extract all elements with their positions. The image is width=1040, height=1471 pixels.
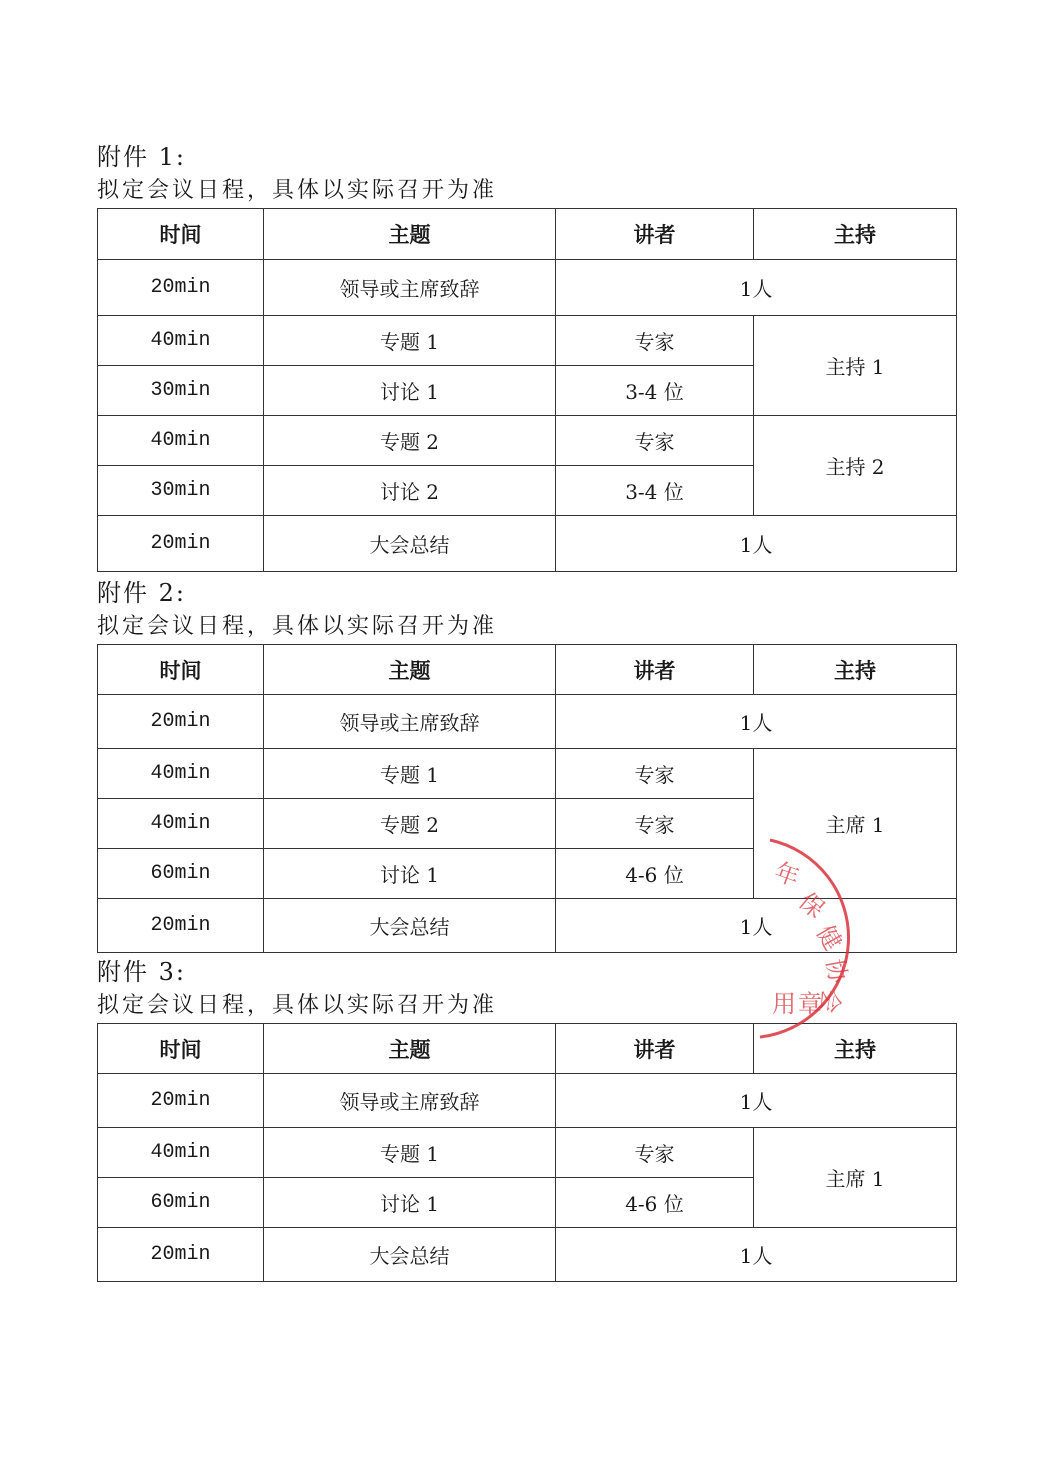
table-row: 40min 专题 1 专家 主席 1 xyxy=(98,1128,957,1178)
table-row: 20min 领导或主席致辞 1人 xyxy=(98,695,957,749)
cell-speaker: 专家 xyxy=(556,799,754,849)
schedule-table: 时间 主题 讲者 主持 20min 领导或主席致辞 1人 40min 专题 1 … xyxy=(97,208,957,572)
cell-time: 60min xyxy=(98,1178,264,1228)
attachment-subtitle: 拟定会议日程，具体以实际召开为准 xyxy=(97,610,957,644)
header-speaker: 讲者 xyxy=(556,209,754,260)
attachment-subtitle: 拟定会议日程，具体以实际召开为准 xyxy=(97,989,957,1023)
cell-speaker: 3-4 位 xyxy=(556,366,754,416)
cell-host: 主席 1 xyxy=(754,1128,957,1228)
header-topic: 主题 xyxy=(264,645,556,695)
schedule-table: 时间 主题 讲者 主持 20min 领导或主席致辞 1人 40min 专题 1 … xyxy=(97,644,957,953)
cell-time: 40min xyxy=(98,749,264,799)
table-header-row: 时间 主题 讲者 主持 xyxy=(98,645,957,695)
header-time: 时间 xyxy=(98,1024,264,1074)
header-time: 时间 xyxy=(98,645,264,695)
cell-topic: 大会总结 xyxy=(264,516,556,572)
cell-host: 主持 2 xyxy=(754,416,957,516)
cell-topic: 领导或主席致辞 xyxy=(264,1074,556,1128)
cell-speaker: 专家 xyxy=(556,1128,754,1178)
cell-topic: 专题 1 xyxy=(264,1128,556,1178)
table-row: 20min 领导或主席致辞 1人 xyxy=(98,260,957,316)
cell-time: 40min xyxy=(98,799,264,849)
cell-time: 30min xyxy=(98,466,264,516)
cell-topic: 大会总结 xyxy=(264,899,556,953)
table-row: 20min 大会总结 1人 xyxy=(98,516,957,572)
cell-topic: 专题 1 xyxy=(264,316,556,366)
cell-host: 主席 1 xyxy=(754,749,957,899)
cell-host: 主持 1 xyxy=(754,316,957,416)
cell-speaker: 1人 xyxy=(556,516,957,572)
attachment-1: 附件 1: 拟定会议日程，具体以实际召开为准 时间 主题 讲者 主持 20min… xyxy=(97,140,957,572)
cell-speaker: 1人 xyxy=(556,1074,957,1128)
cell-topic: 领导或主席致辞 xyxy=(264,695,556,749)
table-row: 20min 大会总结 1人 xyxy=(98,899,957,953)
header-topic: 主题 xyxy=(264,209,556,260)
attachment-2: 附件 2: 拟定会议日程，具体以实际召开为准 时间 主题 讲者 主持 20min… xyxy=(97,576,957,953)
cell-topic: 讨论 2 xyxy=(264,466,556,516)
cell-topic: 讨论 1 xyxy=(264,1178,556,1228)
table-row: 40min 专题 2 专家 主持 2 xyxy=(98,416,957,466)
attachment-subtitle: 拟定会议日程，具体以实际召开为准 xyxy=(97,174,957,208)
cell-topic: 专题 1 xyxy=(264,749,556,799)
cell-speaker: 1人 xyxy=(556,695,957,749)
cell-speaker: 1人 xyxy=(556,1228,957,1282)
cell-time: 40min xyxy=(98,1128,264,1178)
cell-time: 20min xyxy=(98,516,264,572)
table-header-row: 时间 主题 讲者 主持 xyxy=(98,209,957,260)
table-row: 20min 大会总结 1人 xyxy=(98,1228,957,1282)
schedule-table: 时间 主题 讲者 主持 20min 领导或主席致辞 1人 40min 专题 1 … xyxy=(97,1023,957,1282)
cell-speaker: 1人 xyxy=(556,260,957,316)
cell-topic: 专题 2 xyxy=(264,416,556,466)
header-host: 主持 xyxy=(754,645,957,695)
cell-time: 20min xyxy=(98,695,264,749)
cell-time: 30min xyxy=(98,366,264,416)
cell-topic: 讨论 1 xyxy=(264,849,556,899)
cell-topic: 讨论 1 xyxy=(264,366,556,416)
cell-topic: 领导或主席致辞 xyxy=(264,260,556,316)
attachment-3: 附件 3: 拟定会议日程，具体以实际召开为准 时间 主题 讲者 主持 20min… xyxy=(97,955,957,1282)
cell-speaker: 专家 xyxy=(556,416,754,466)
header-host: 主持 xyxy=(754,209,957,260)
table-row: 40min 专题 1 专家 主席 1 xyxy=(98,749,957,799)
cell-time: 20min xyxy=(98,1074,264,1128)
cell-speaker: 专家 xyxy=(556,749,754,799)
cell-time: 60min xyxy=(98,849,264,899)
attachment-title: 附件 3: xyxy=(97,955,957,989)
cell-time: 20min xyxy=(98,1228,264,1282)
cell-speaker: 专家 xyxy=(556,316,754,366)
header-time: 时间 xyxy=(98,209,264,260)
header-host: 主持 xyxy=(754,1024,957,1074)
header-topic: 主题 xyxy=(264,1024,556,1074)
cell-time: 40min xyxy=(98,316,264,366)
cell-time: 20min xyxy=(98,899,264,953)
cell-topic: 专题 2 xyxy=(264,799,556,849)
attachment-title: 附件 1: xyxy=(97,140,957,174)
cell-speaker: 4-6 位 xyxy=(556,849,754,899)
table-header-row: 时间 主题 讲者 主持 xyxy=(98,1024,957,1074)
cell-speaker: 3-4 位 xyxy=(556,466,754,516)
table-row: 40min 专题 1 专家 主持 1 xyxy=(98,316,957,366)
cell-speaker: 1人 xyxy=(556,899,957,953)
cell-time: 40min xyxy=(98,416,264,466)
header-speaker: 讲者 xyxy=(556,1024,754,1074)
attachment-title: 附件 2: xyxy=(97,576,957,610)
cell-topic: 大会总结 xyxy=(264,1228,556,1282)
cell-time: 20min xyxy=(98,260,264,316)
cell-speaker: 4-6 位 xyxy=(556,1178,754,1228)
table-row: 20min 领导或主席致辞 1人 xyxy=(98,1074,957,1128)
header-speaker: 讲者 xyxy=(556,645,754,695)
